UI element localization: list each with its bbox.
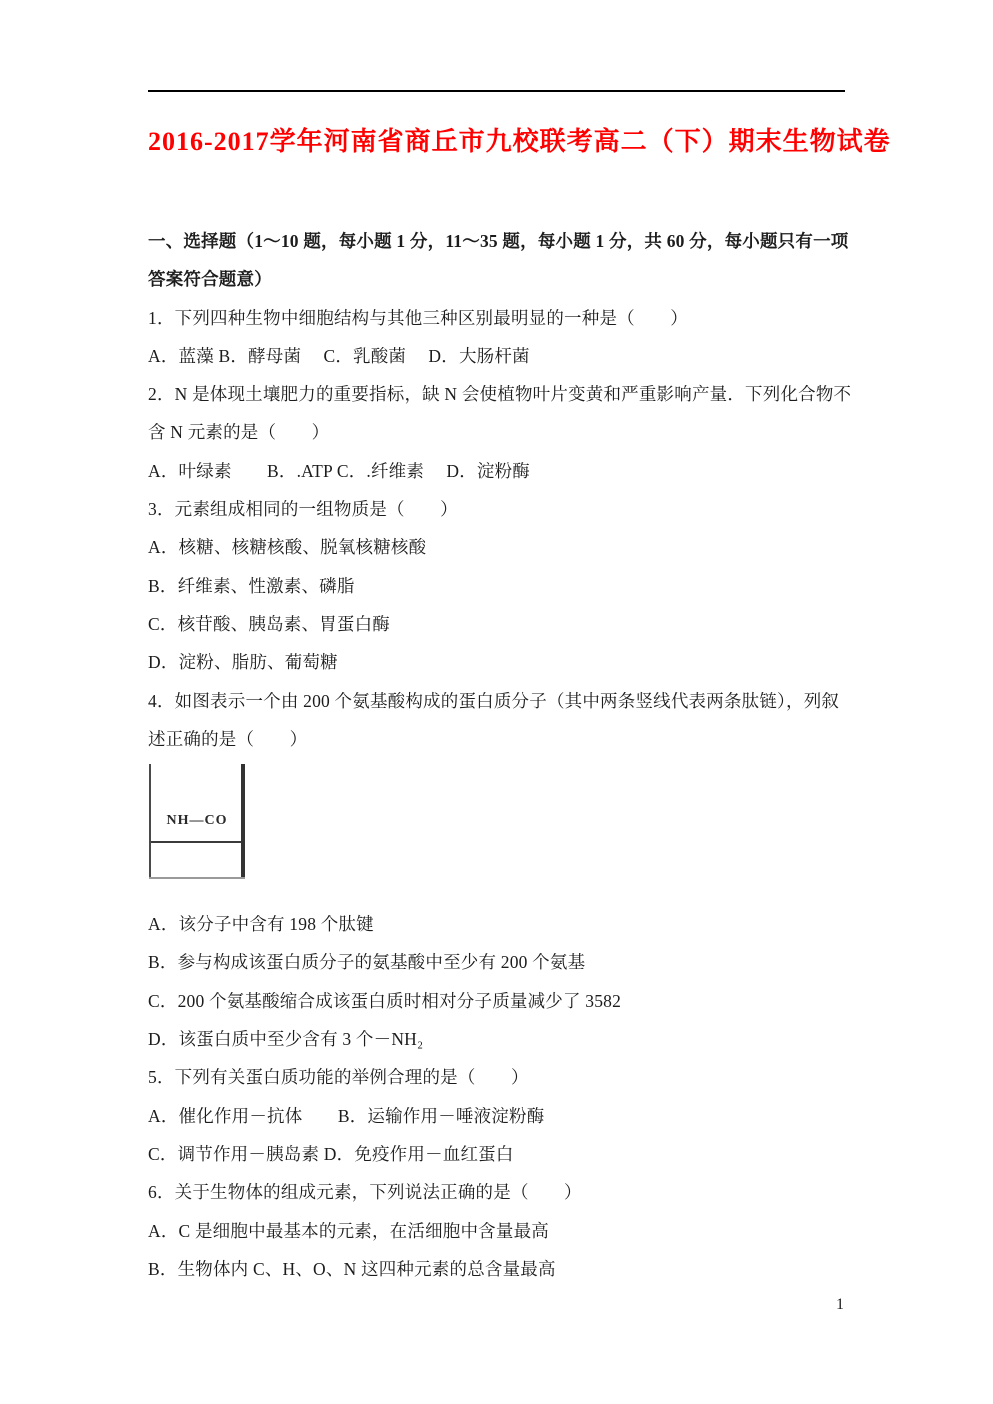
question-3-option-c: C．核苷酸、胰岛素、胃蛋白酶 <box>148 605 845 643</box>
question-3-option-a: A．核糖、核糖核酸、脱氧核糖核酸 <box>148 528 845 566</box>
peptide-chain-left-line <box>149 764 151 877</box>
question-5-options-ab: A．催化作用－抗体 B．运输作用－唾液淀粉酶 <box>148 1097 845 1135</box>
peptide-chain-right-line <box>241 764 245 877</box>
question-6-stem: 6．关于生物体的组成元素，下列说法正确的是（ ） <box>148 1173 845 1211</box>
question-4-option-a: A．该分子中含有 198 个肽键 <box>148 905 845 943</box>
question-2-stem-line1: 2．N 是体现土壤肥力的重要指标，缺 N 会使植物叶片变黄和严重影响产量．下列化… <box>148 375 845 413</box>
peptide-bond-line <box>151 841 241 843</box>
question-5-options-cd: C．调节作用－胰岛素 D．免疫作用－血红蛋白 <box>148 1135 845 1173</box>
question-4-option-b: B．参与构成该蛋白质分子的氨基酸中至少有 200 个氨基 <box>148 943 845 981</box>
page-number: 1 <box>828 1296 852 1314</box>
question-6-option-b: B．生物体内 C、H、O、N 这四种元素的总含量最高 <box>148 1250 845 1288</box>
question-4-option-d: D．该蛋白质中至少含有 3 个－NH₂ <box>148 1020 845 1058</box>
peptide-bond-label: NH—CO <box>165 814 230 828</box>
question-1-options: A．蓝藻 B．酵母菌 C．乳酸菌 D．大肠杆菌 <box>148 337 845 375</box>
question-3-option-b: B．纤维素、性激素、磷脂 <box>148 567 845 605</box>
question-4-stem-line2: 述正确的是（ ） <box>148 720 845 758</box>
question-4-option-c: C．200 个氨基酸缩合成该蛋白质时相对分子质量减少了 3582 <box>148 982 845 1020</box>
page-title: 2016-2017学年河南省商丘市九校联考高二（下）期末生物试卷 <box>148 125 845 159</box>
header-rule <box>148 90 845 92</box>
question-6-option-a: A．C 是细胞中最基本的元素，在活细胞中含量最高 <box>148 1212 845 1250</box>
protein-molecule-diagram: NH—CO <box>149 764 245 879</box>
question-1-stem: 1．下列四种生物中细胞结构与其他三种区别最明显的一种是（ ） <box>148 299 845 337</box>
question-3-stem: 3．元素组成相同的一组物质是（ ） <box>148 490 845 528</box>
section-heading-line1: 一、选择题（1～10 题，每小题 1 分，11～35 题，每小题 1 分，共 6… <box>148 222 845 260</box>
question-4-stem-line1: 4．如图表示一个由 200 个氨基酸构成的蛋白质分子（其中两条竖线代表两条肽链）… <box>148 682 845 720</box>
question-5-stem: 5．下列有关蛋白质功能的举例合理的是（ ） <box>148 1058 845 1096</box>
exam-paper-page: 2016-2017学年河南省商丘市九校联考高二（下）期末生物试卷 一、选择题（1… <box>0 0 993 1404</box>
question-3-option-d: D．淀粉、脂肪、葡萄糖 <box>148 643 845 681</box>
section-heading-line2: 答案符合题意） <box>148 260 845 298</box>
question-2-stem-line2: 含 N 元素的是（ ） <box>148 413 845 451</box>
question-2-options: A．叶绿素 B．.ATP C．.纤维素 D．淀粉酶 <box>148 452 845 490</box>
exam-body: 一、选择题（1～10 题，每小题 1 分，11～35 题，每小题 1 分，共 6… <box>148 222 845 1288</box>
